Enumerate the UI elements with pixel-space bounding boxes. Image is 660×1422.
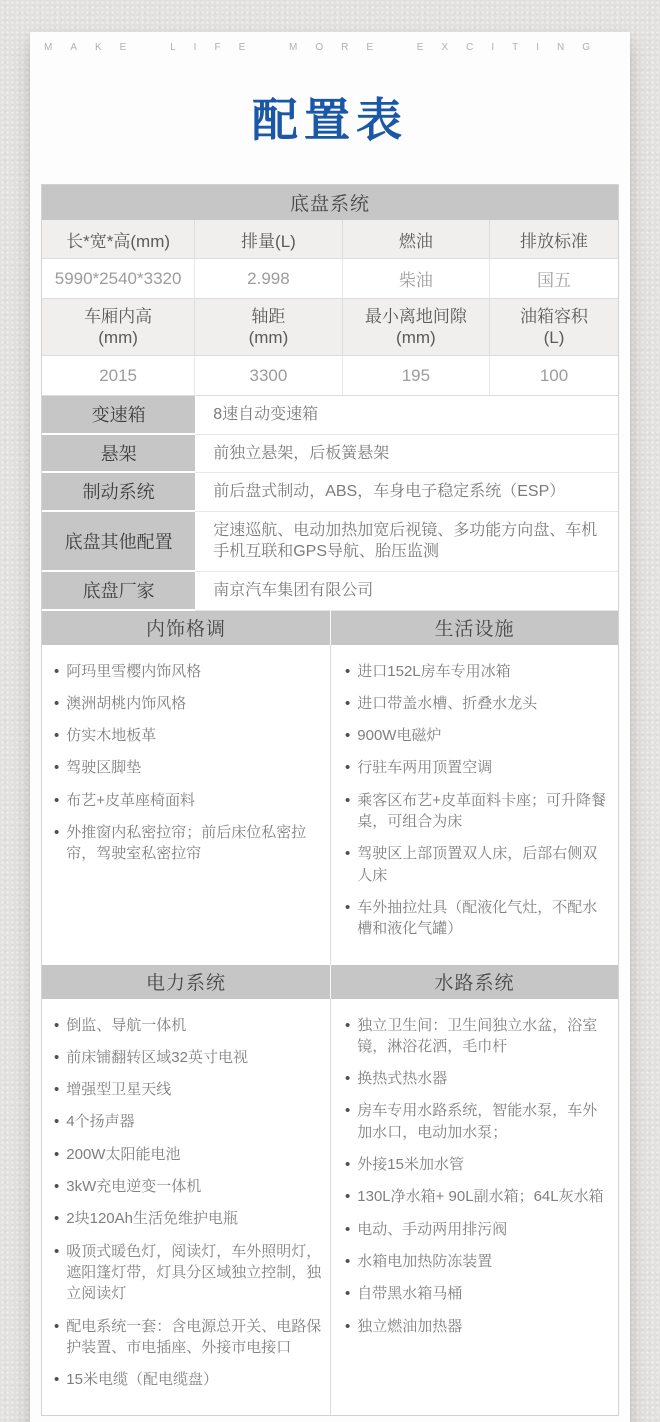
list-item-text: 乘客区布艺+皮革面料卡座；可升降餐桌，可组合为床: [357, 790, 610, 833]
list-item: 外推窗内私密拉帘；前后床位私密拉帘，驾驶室私密拉帘: [54, 822, 322, 865]
detail-value: 前后盘式制动，ABS，车身电子稳定系统（ESP）: [195, 473, 618, 512]
bullet-icon: [54, 1015, 59, 1036]
bullet-icon: [345, 1100, 350, 1143]
bullet-icon: [345, 1219, 350, 1240]
list-item: 独立卫生间：卫生间独立水盆，浴室镜，淋浴花洒，毛巾杆: [345, 1015, 610, 1058]
list-item: 布艺+皮革座椅面料: [54, 790, 322, 811]
list-item-text: 仿实木地板革: [66, 725, 156, 746]
bullet-icon: [54, 822, 59, 865]
list-item: 15米电缆（配电缆盘）: [54, 1369, 322, 1390]
detail-value: 定速巡航、电动加热加宽后视镜、多功能方向盘、车机手机互联和GPS导航、胎压监测: [195, 512, 618, 572]
list-item: 水箱电加热防冻装置: [345, 1251, 610, 1272]
bullet-icon: [54, 1369, 59, 1390]
list-item-text: 外接15米加水管: [357, 1154, 464, 1175]
living-list: 进口152L房车专用冰箱 进口带盖水槽、折叠水龙头 900W电磁炉 行驻车两用顶…: [330, 645, 618, 965]
detail-label: 制动系统: [42, 473, 195, 512]
list-item: 乘客区布艺+皮革面料卡座；可升降餐桌，可组合为床: [345, 790, 610, 833]
spec-value-cell: 2015: [42, 356, 195, 396]
spec-header-cell: 排量(L): [195, 220, 342, 259]
interior-living-columns: 阿玛里雪樱内饰风格 澳洲胡桃内饰风格 仿实木地板革 驾驶区脚垫 布艺+皮革座椅面…: [42, 645, 618, 965]
spec-value-cell: 5990*2540*3320: [42, 259, 195, 299]
bullet-icon: [345, 1186, 350, 1207]
list-item-text: 130L净水箱+ 90L副水箱；64L灰水箱: [357, 1186, 603, 1207]
bullet-icon: [345, 661, 350, 682]
list-item-text: 行驻车两用顶置空调: [357, 757, 492, 778]
interior-list: 阿玛里雪樱内饰风格 澳洲胡桃内饰风格 仿实木地板革 驾驶区脚垫 布艺+皮革座椅面…: [42, 645, 330, 965]
spec-value-cell: 2.998: [195, 259, 342, 299]
list-item: 阿玛里雪樱内饰风格: [54, 661, 322, 682]
bullet-icon: [54, 1316, 59, 1359]
detail-label: 悬架: [42, 435, 195, 474]
list-item-text: 外推窗内私密拉帘；前后床位私密拉帘，驾驶室私密拉帘: [66, 822, 322, 865]
bullet-icon: [54, 1176, 59, 1197]
list-item: 仿实木地板革: [54, 725, 322, 746]
list-item: 增强型卫星天线: [54, 1079, 322, 1100]
spec-value-row-1: 5990*2540*3320 2.998 柴油 国五: [42, 259, 618, 299]
spec-header-cell: 排放标准: [490, 220, 618, 259]
bullet-icon: [345, 790, 350, 833]
list-item-text: 前床铺翻转区域32英寸电视: [66, 1047, 248, 1068]
list-item-text: 15米电缆（配电缆盘）: [66, 1369, 218, 1390]
page-title: 配置表: [41, 84, 619, 150]
spec-header-row-2: 车厢内高 (mm) 轴距 (mm) 最小离地间隙 (mm) 油箱容积 (L): [42, 299, 618, 356]
section-header-chassis: 底盘系统: [42, 185, 618, 220]
list-item-text: 4个扬声器: [66, 1111, 134, 1132]
bullet-icon: [54, 790, 59, 811]
list-item: 进口带盖水槽、折叠水龙头: [345, 693, 610, 714]
spec-header-cell: 油箱容积 (L): [490, 299, 618, 356]
detail-row-chassis-other: 底盘其他配置 定速巡航、电动加热加宽后视镜、多功能方向盘、车机手机互联和GPS导…: [42, 512, 618, 572]
list-item: 进口152L房车专用冰箱: [345, 661, 610, 682]
bullet-icon: [345, 1316, 350, 1337]
bullet-icon: [345, 757, 350, 778]
detail-label: 变速箱: [42, 396, 195, 435]
list-item-text: 独立燃油加热器: [357, 1316, 462, 1337]
list-item: 倒监、导航一体机: [54, 1015, 322, 1036]
list-item: 900W电磁炉: [345, 725, 610, 746]
bullet-icon: [345, 1015, 350, 1058]
list-item-text: 换热式热水器: [357, 1068, 447, 1089]
bullet-icon: [54, 1241, 59, 1305]
bullet-icon: [54, 725, 59, 746]
list-item-text: 电动、手动两用排污阀: [357, 1219, 507, 1240]
detail-value: 前独立悬架，后板簧悬架: [195, 435, 618, 474]
spec-value-cell: 柴油: [343, 259, 490, 299]
list-item: 2块120Ah生活免维护电瓶: [54, 1208, 322, 1229]
list-item: 自带黑水箱马桶: [345, 1283, 610, 1304]
bullet-icon: [54, 757, 59, 778]
list-item-text: 车外抽拉灶具（配液化气灶，不配水槽和液化气罐）: [357, 897, 610, 940]
bullet-icon: [345, 897, 350, 940]
list-item-text: 配电系统一套：含电源总开关、电路保护装置、市电插座、外接市电接口: [66, 1316, 322, 1359]
list-item-text: 吸顶式暖色灯，阅读灯，车外照明灯，遮阳篷灯带，灯具分区域独立控制，独立阅读灯: [66, 1241, 322, 1305]
list-item-text: 布艺+皮革座椅面料: [66, 790, 195, 811]
list-item: 驾驶区上部顶置双人床，后部右侧双人床: [345, 843, 610, 886]
list-item: 外接15米加水管: [345, 1154, 610, 1175]
list-item-text: 200W太阳能电池: [66, 1144, 180, 1165]
list-item: 驾驶区脚垫: [54, 757, 322, 778]
list-item: 200W太阳能电池: [54, 1144, 322, 1165]
bullet-icon: [345, 725, 350, 746]
detail-label: 底盘厂家: [42, 572, 195, 611]
section-header-row-interior-living: 内饰格调 生活设施: [42, 611, 618, 645]
list-item: 房车专用水路系统，智能水泵，车外加水口，电动加水泵；: [345, 1100, 610, 1143]
list-item-text: 水箱电加热防冻装置: [357, 1251, 492, 1272]
spec-header-cell: 最小离地间隙 (mm): [343, 299, 490, 356]
list-item: 电动、手动两用排污阀: [345, 1219, 610, 1240]
detail-row-suspension: 悬架 前独立悬架，后板簧悬架: [42, 435, 618, 474]
spec-sheet-card: MAKE LIFE MORE EXCITING 配置表 底盘系统 长*宽*高(m…: [30, 32, 630, 1422]
bullet-icon: [345, 1068, 350, 1089]
list-item-text: 增强型卫星天线: [66, 1079, 171, 1100]
list-item: 4个扬声器: [54, 1111, 322, 1132]
list-item-text: 房车专用水路系统，智能水泵，车外加水口，电动加水泵；: [357, 1100, 610, 1143]
spec-header-cell: 燃油: [343, 220, 490, 259]
detail-label: 底盘其他配置: [42, 512, 195, 572]
bullet-icon: [54, 1208, 59, 1229]
bullet-icon: [345, 843, 350, 886]
water-list: 独立卫生间：卫生间独立水盆，浴室镜，淋浴花洒，毛巾杆 换热式热水器 房车专用水路…: [330, 999, 618, 1416]
list-item-text: 自带黑水箱马桶: [357, 1283, 462, 1304]
spec-header-cell: 车厢内高 (mm): [42, 299, 195, 356]
spec-header-row-1: 长*宽*高(mm) 排量(L) 燃油 排放标准: [42, 220, 618, 259]
list-item-text: 2块120Ah生活免维护电瓶: [66, 1208, 238, 1229]
spec-value-cell: 3300: [195, 356, 342, 396]
list-item: 换热式热水器: [345, 1068, 610, 1089]
brand-tagline: MAKE LIFE MORE EXCITING: [41, 42, 619, 56]
bullet-icon: [345, 1283, 350, 1304]
list-item-text: 3kW充电逆变一体机: [66, 1176, 201, 1197]
power-water-columns: 倒监、导航一体机 前床铺翻转区域32英寸电视 增强型卫星天线 4个扬声器 200…: [42, 999, 618, 1416]
bullet-icon: [345, 1154, 350, 1175]
list-item: 前床铺翻转区域32英寸电视: [54, 1047, 322, 1068]
list-item-text: 进口152L房车专用冰箱: [357, 661, 510, 682]
spec-table: 底盘系统 长*宽*高(mm) 排量(L) 燃油 排放标准 5990*2540*3…: [41, 184, 619, 1416]
detail-value: 南京汽车集团有限公司: [195, 572, 618, 611]
bullet-icon: [345, 1251, 350, 1272]
list-item: 行驻车两用顶置空调: [345, 757, 610, 778]
bullet-icon: [54, 1079, 59, 1100]
power-list: 倒监、导航一体机 前床铺翻转区域32英寸电视 增强型卫星天线 4个扬声器 200…: [42, 999, 330, 1416]
list-item-text: 阿玛里雪樱内饰风格: [66, 661, 201, 682]
spec-value-cell: 195: [343, 356, 490, 396]
list-item-text: 澳洲胡桃内饰风格: [66, 693, 186, 714]
spec-header-cell: 轴距 (mm): [195, 299, 342, 356]
bullet-icon: [54, 1111, 59, 1132]
bullet-icon: [54, 1144, 59, 1165]
spec-value-row-2: 2015 3300 195 100: [42, 356, 618, 396]
list-item: 独立燃油加热器: [345, 1316, 610, 1337]
spec-value-cell: 100: [490, 356, 618, 396]
section-header-interior: 内饰格调: [42, 611, 330, 645]
list-item: 吸顶式暖色灯，阅读灯，车外照明灯，遮阳篷灯带，灯具分区域独立控制，独立阅读灯: [54, 1241, 322, 1305]
list-item: 3kW充电逆变一体机: [54, 1176, 322, 1197]
list-item: 130L净水箱+ 90L副水箱；64L灰水箱: [345, 1186, 610, 1207]
section-header-power: 电力系统: [42, 965, 330, 999]
detail-row-gearbox: 变速箱 8速自动变速箱: [42, 396, 618, 435]
spec-header-cell: 长*宽*高(mm): [42, 220, 195, 259]
bullet-icon: [54, 1047, 59, 1068]
list-item-text: 驾驶区上部顶置双人床，后部右侧双人床: [357, 843, 610, 886]
bullet-icon: [54, 693, 59, 714]
section-header-water: 水路系统: [330, 965, 618, 999]
list-item-text: 900W电磁炉: [357, 725, 441, 746]
detail-value: 8速自动变速箱: [195, 396, 618, 435]
section-header-row-power-water: 电力系统 水路系统: [42, 965, 618, 999]
list-item-text: 独立卫生间：卫生间独立水盆，浴室镜，淋浴花洒，毛巾杆: [357, 1015, 610, 1058]
list-item-text: 倒监、导航一体机: [66, 1015, 186, 1036]
spec-value-cell: 国五: [490, 259, 618, 299]
detail-row-brakes: 制动系统 前后盘式制动，ABS，车身电子稳定系统（ESP）: [42, 473, 618, 512]
detail-row-chassis-maker: 底盘厂家 南京汽车集团有限公司: [42, 572, 618, 611]
section-header-living: 生活设施: [330, 611, 618, 645]
bullet-icon: [54, 661, 59, 682]
list-item-text: 驾驶区脚垫: [66, 757, 141, 778]
bullet-icon: [345, 693, 350, 714]
list-item: 配电系统一套：含电源总开关、电路保护装置、市电插座、外接市电接口: [54, 1316, 322, 1359]
list-item: 澳洲胡桃内饰风格: [54, 693, 322, 714]
list-item: 车外抽拉灶具（配液化气灶，不配水槽和液化气罐）: [345, 897, 610, 940]
list-item-text: 进口带盖水槽、折叠水龙头: [357, 693, 537, 714]
